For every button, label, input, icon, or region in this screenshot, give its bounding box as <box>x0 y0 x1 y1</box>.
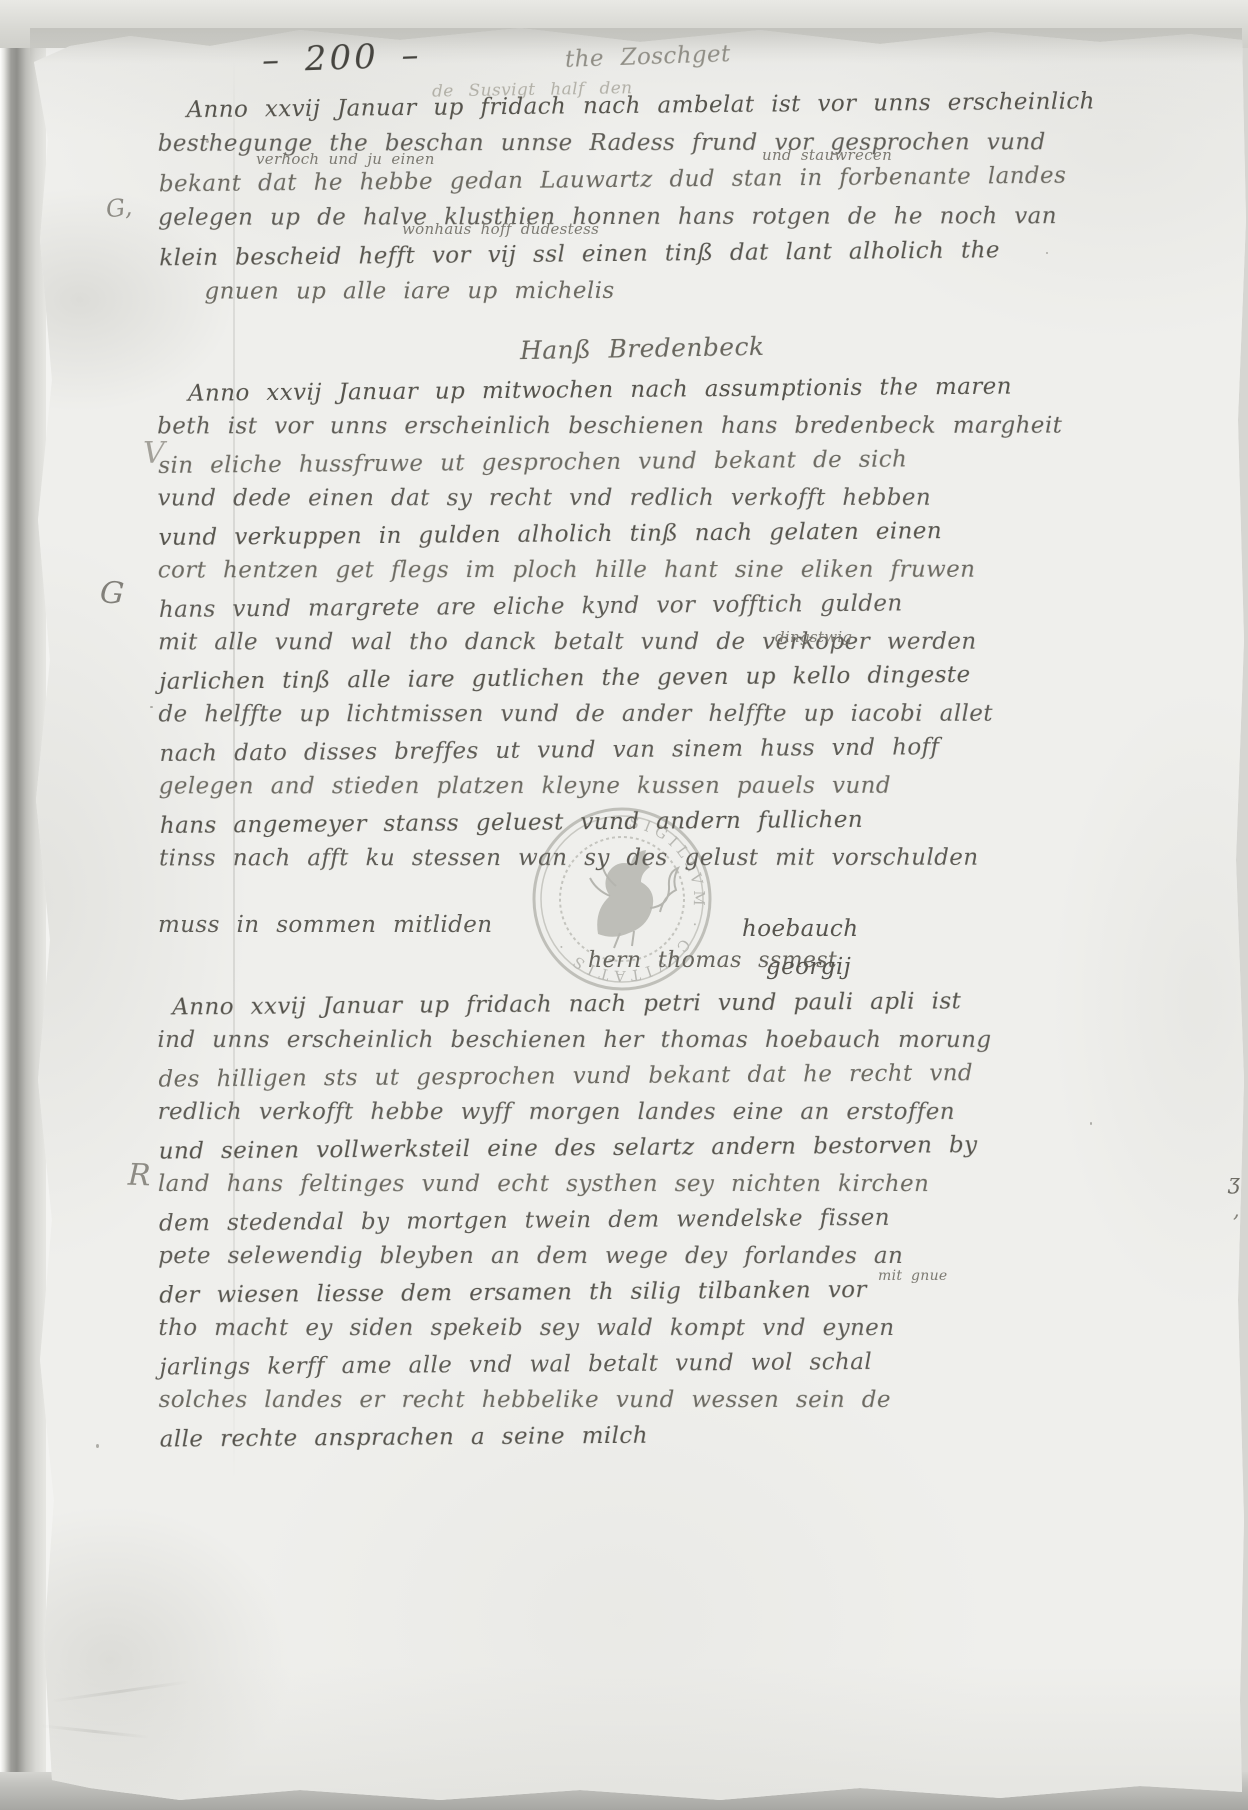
manuscript-line: dem stedendal by mortgen twein dem wende… <box>159 1198 1059 1241</box>
manuscript-line: land hans feltinges vund echt systhen se… <box>158 1166 1058 1202</box>
scanned-manuscript-page: SIGILLVM · CIVITATIS · – 200 – the Zosch… <box>0 0 1248 1810</box>
ink-speck <box>150 706 153 708</box>
entry-2-name-right: hoebauch <box>742 916 858 942</box>
manuscript-line: Anno xxvij Januar up fridach nach ambela… <box>186 84 1058 129</box>
right-margin-mark: ʒ <box>1228 1170 1240 1194</box>
manuscript-line: beth ist vor unns erscheinlich beschiene… <box>157 408 1057 445</box>
manuscript-line: mit alle vund wal tho danck betalt vund … <box>158 624 1058 661</box>
manuscript-line: jarlichen tinß alle iare gutlichen the g… <box>159 656 1059 700</box>
right-margin-mark: , <box>1233 1198 1240 1222</box>
entry-1-text: Anno xxvij Januar up fridach nach ambela… <box>157 86 1058 313</box>
manuscript-line: solches landes er recht hebbelike vund w… <box>159 1382 1059 1418</box>
manuscript-line: des hilligen sts ut gesprochen vund beka… <box>158 1054 1058 1097</box>
manuscript-line: und seinen vollwerksteil eine des selart… <box>159 1126 1059 1169</box>
ink-speck <box>1090 1122 1092 1125</box>
ink-speck <box>96 1444 99 1448</box>
manuscript-line: gnuen up alle iare up michelis <box>204 272 1058 310</box>
margin-mark: G, <box>105 193 134 224</box>
manuscript-line: hans angemeyer stanss geluest vund ander… <box>160 800 1060 844</box>
manuscript-line: alle rechte ansprachen a seine milch <box>160 1414 1060 1457</box>
manuscript-line: de helffte up lichtmissen vund de ander … <box>158 696 1058 733</box>
manuscript-line: vund dede einen dat sy recht vnd redlich… <box>157 480 1057 517</box>
manuscript-line: gelegen and stieden platzen kleyne kusse… <box>159 768 1059 805</box>
manuscript-line: sin eliche hussfruwe ut gesprochen vund … <box>158 440 1058 484</box>
margin-mark: G <box>99 575 125 612</box>
entry-2-text: Anno xxvij Januar up mitwochen nach assu… <box>157 370 1059 878</box>
entry-2-term-date: georgij <box>766 954 851 980</box>
manuscript-line: tho macht ey siden spekeib sey wald komp… <box>158 1310 1058 1346</box>
interlinear-insertion: verhoch und ju einen <box>256 150 435 168</box>
page-number: – 200 – <box>261 35 422 81</box>
margin-mark: R <box>127 1158 151 1194</box>
manuscript-line: vund verkuppen in gulden alholich tinß n… <box>158 512 1058 556</box>
interlinear-insertion: dingstwig <box>775 628 852 646</box>
interlinear-insertion: mit gnue <box>878 1268 948 1284</box>
manuscript-line: jarlings kerff ame alle vnd wal betalt v… <box>159 1342 1059 1385</box>
manuscript-line: Anno xxvij Januar up fridach nach petri … <box>172 982 1058 1025</box>
entry-2-closing-line: muss in sommen mitliden <box>158 912 493 938</box>
interlinear-insertion: und stauwrecen <box>762 146 892 164</box>
entry-3-text: Anno xxvij Januar up fridach nach petri … <box>157 984 1059 1455</box>
manuscript-line: ind unns erscheinlich beschienen her tho… <box>157 1022 1057 1058</box>
book-gutter-edge <box>0 0 46 1810</box>
manuscript-line: cort hentzen get flegs im ploch hille ha… <box>158 552 1058 589</box>
manuscript-line: klein bescheid hefft vor vij ssl einen t… <box>159 232 1059 278</box>
entry-2-heading: Hanß Bredenbeck <box>520 332 765 365</box>
manuscript-line: Anno xxvij Januar up mitwochen nach assu… <box>188 368 1058 412</box>
interlinear-insertion: wonhaus hoff dudestess <box>402 220 599 238</box>
manuscript-line: hans vund margrete are eliche kynd vor v… <box>159 584 1059 628</box>
manuscript-line: tinss nach afft ku stessen wan sy des ge… <box>159 840 1059 877</box>
manuscript-line: nach dato disses breffes ut vund van sin… <box>159 728 1059 772</box>
manuscript-line: gelegen up de halve klusthien honnen han… <box>158 198 1058 237</box>
manuscript-line: redlich verkofft hebbe wyff morgen lande… <box>158 1094 1058 1130</box>
